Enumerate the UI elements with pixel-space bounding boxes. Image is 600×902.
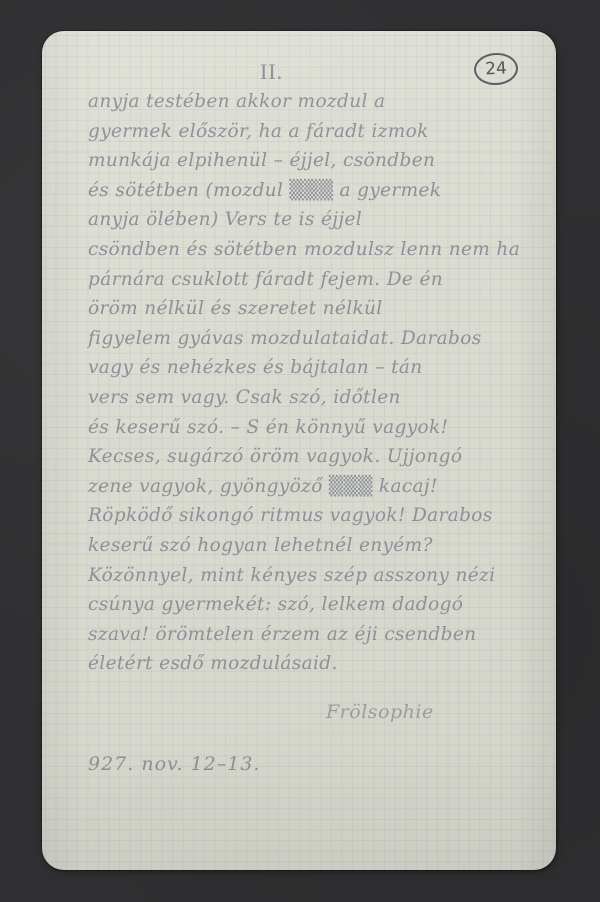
page-number-text: 24 <box>485 58 508 79</box>
poem-body: anyja testében akkor mozdul a gyermek el… <box>88 87 556 679</box>
text-line: zene vagyok, gyöngyöző ▒▒▒ kacaj! <box>88 472 556 502</box>
text-line: öröm nélkül és szeretet nélkül <box>88 294 556 324</box>
date-line: 927. nov. 12–13. <box>88 753 260 775</box>
text-line: keserű szó hogyan lehetnél enyém? <box>88 531 556 561</box>
page-number-circled: 24 <box>473 52 519 86</box>
text-line: csöndben és sötétben mozdulsz lenn nem h… <box>88 235 556 265</box>
text-line: figyelem gyávas mozdulataidat. Darabos <box>88 324 556 354</box>
text-line: csúnya gyermekét: szó, lelkem dadogó <box>88 590 556 620</box>
text-line: gyermek először, ha a fáradt izmok <box>88 117 556 147</box>
author-signature: Frölsophie <box>326 701 434 723</box>
text-line: Kecses, sugárzó öröm vagyok. Ujjongó <box>88 442 556 472</box>
text-line: vagy és nehézkes és bájtalan – tán <box>88 353 556 383</box>
text-line: szava! örömtelen érzem az éji csendben <box>88 620 556 650</box>
chapter-heading: II. <box>260 59 283 85</box>
text-line: vers sem vagy. Csak szó, időtlen <box>88 383 556 413</box>
text-line: életért esdő mozdulásaid. <box>88 649 556 679</box>
text-line: és keserű szó. – S én könnyű vagyok! <box>88 413 556 443</box>
text-line: párnára csuklott fáradt fejem. De én <box>88 265 556 295</box>
text-line: anyja ölében) Vers te is éjjel <box>88 205 556 235</box>
text-line: anyja testében akkor mozdul a <box>88 87 556 117</box>
text-line: Röpködő sikongó ritmus vagyok! Darabos <box>88 501 556 531</box>
text-line: munkája elpihenül – éjjel, csöndben <box>88 146 556 176</box>
text-line: Közönnyel, mint kényes szép asszony nézi <box>88 561 556 591</box>
text-line: és sötétben (mozdul ▒▒▒ a gyermek <box>88 176 556 206</box>
handwritten-page: II. 24 anyja testében akkor mozdul a gye… <box>42 31 556 870</box>
